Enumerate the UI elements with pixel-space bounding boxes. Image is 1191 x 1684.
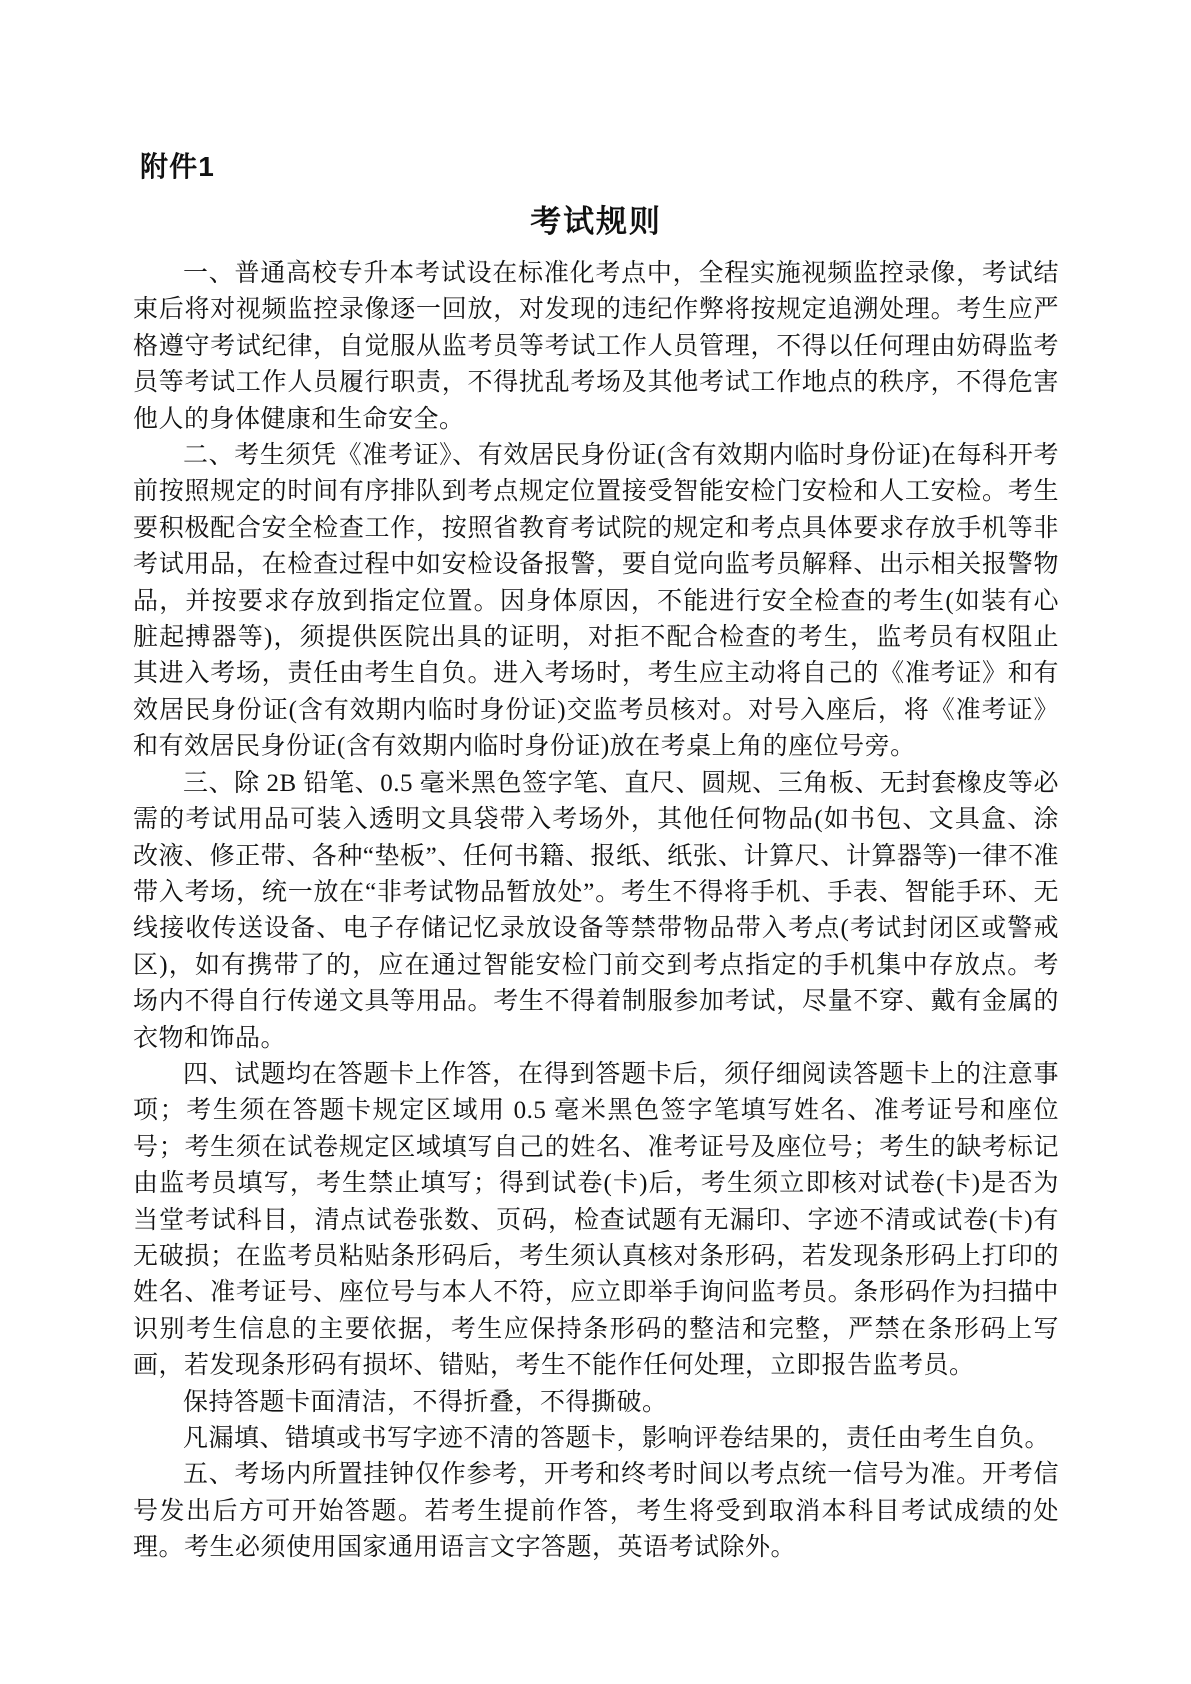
document-title: 考试规则 [133,205,1059,239]
attachment-label: 附件1 [140,150,1059,183]
paragraph-rule-2: 二、考生须凭《准考证》、有效居民身份证(含有效期内临时身份证)在每科开考前按照规… [133,438,1059,766]
document-body: 一、普通高校专升本考试设在标准化考点中，全程实施视频监控录像，考试结束后将对视频… [133,256,1059,1567]
document-page: 附件1 考试规则 一、普通高校专升本考试设在标准化考点中，全程实施视频监控录像，… [0,0,1191,1684]
paragraph-misfill-liability: 凡漏填、错填或书写字迹不清的答题卡，影响评卷结果的，责任由考生自负。 [133,1421,1059,1457]
paragraph-answer-sheet-clean: 保持答题卡面清洁，不得折叠，不得撕破。 [133,1385,1059,1421]
paragraph-rule-4: 四、试题均在答题卡上作答，在得到答题卡后，须仔细阅读答题卡上的注意事项；考生须在… [133,1057,1059,1385]
paragraph-rule-1: 一、普通高校专升本考试设在标准化考点中，全程实施视频监控录像，考试结束后将对视频… [133,256,1059,438]
paragraph-rule-5: 五、考场内所置挂钟仅作参考，开考和终考时间以考点统一信号为准。开考信号发出后方可… [133,1457,1059,1566]
paragraph-rule-3: 三、除 2B 铅笔、0.5 毫米黑色签字笔、直尺、圆规、三角板、无封套橡皮等必需… [133,766,1059,1057]
